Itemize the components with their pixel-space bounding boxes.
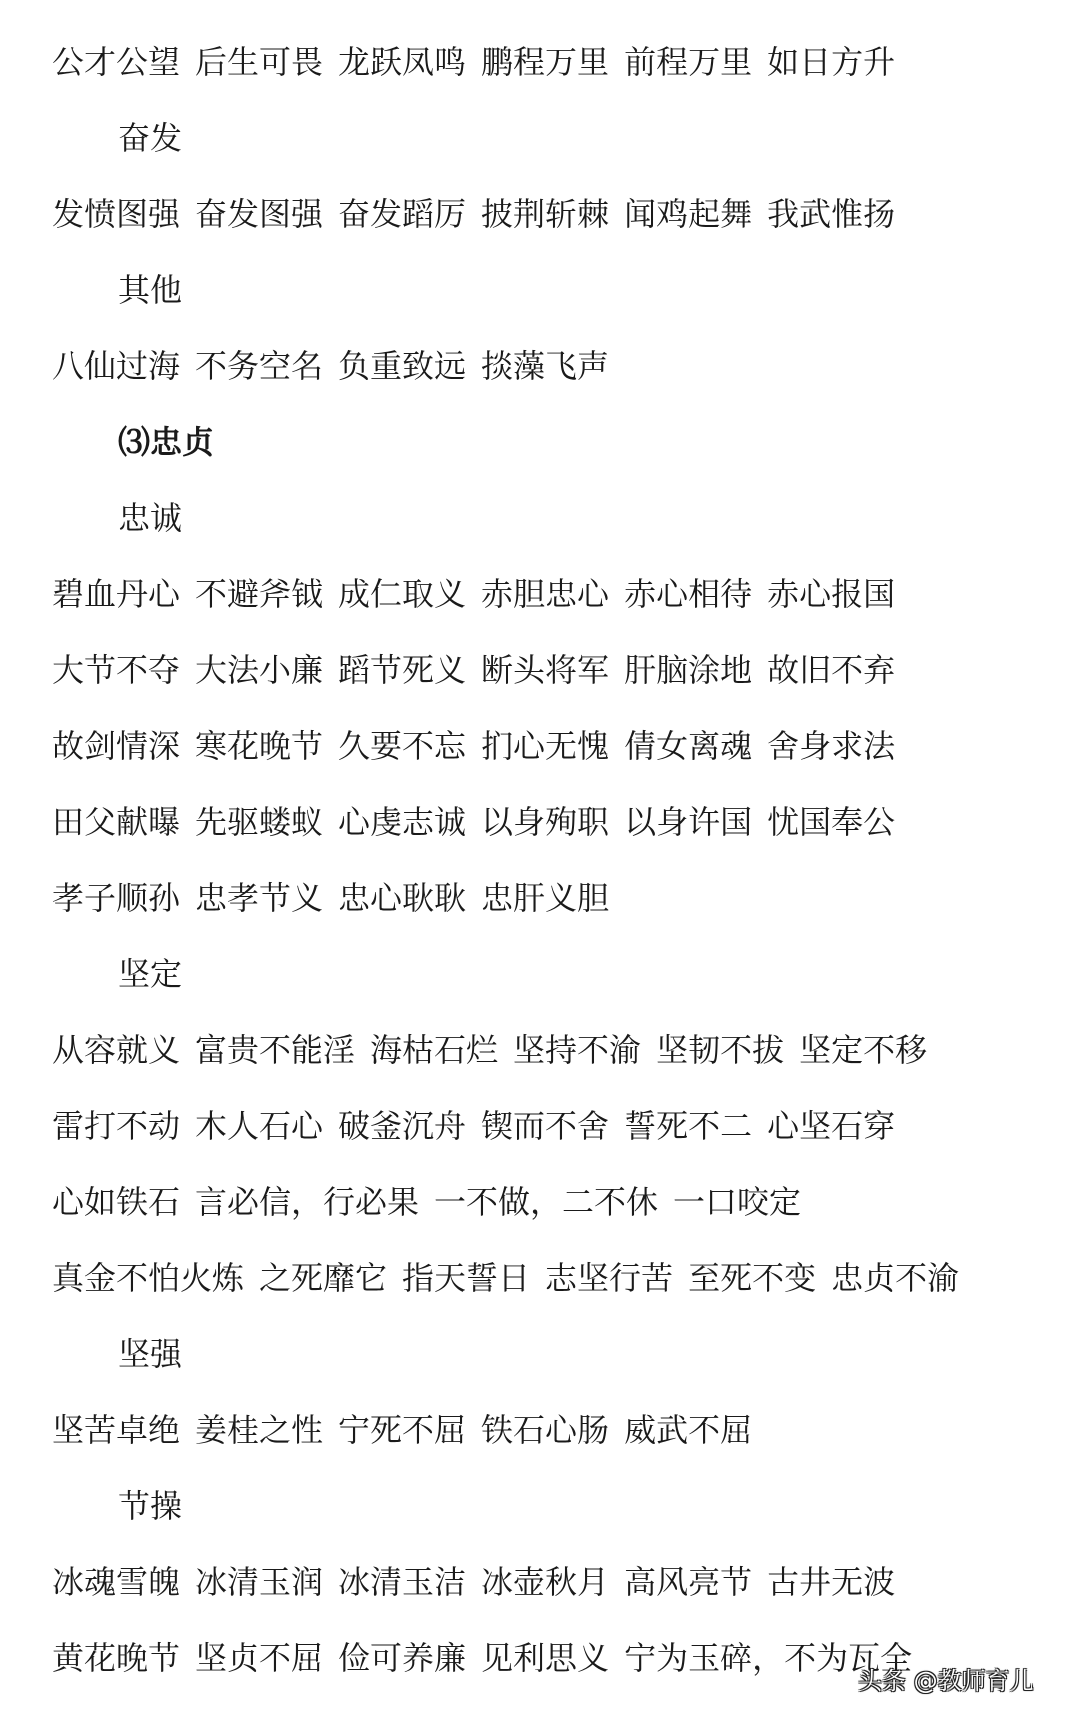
idiom: 久要不忘 bbox=[338, 724, 466, 768]
idiom: 寒花晚节 bbox=[195, 724, 323, 768]
phrase-line: 坚苦卓绝姜桂之性宁死不屈铁石心肠威武不屈 bbox=[52, 1408, 767, 1452]
idiom: 龙跃凤鸣 bbox=[338, 40, 466, 84]
idiom: 坚持不渝 bbox=[513, 1028, 641, 1072]
idiom: 高风亮节 bbox=[624, 1560, 752, 1604]
phrase-line: 田父献曝先驱蝼蚁心虔志诚以身殉职以身许国忧国奉公 bbox=[52, 800, 910, 844]
phrase-line: 心如铁石言必信，行必果一不做，二不休一口咬定 bbox=[52, 1180, 816, 1224]
subheading-qita: 其他 bbox=[118, 268, 182, 312]
idiom: 古井无波 bbox=[767, 1560, 895, 1604]
phrase-line: 碧血丹心不避斧钺成仁取义赤胆忠心赤心相待赤心报国 bbox=[52, 572, 910, 616]
idiom: 田父献曝 bbox=[52, 800, 180, 844]
idiom: 木人石心 bbox=[195, 1104, 323, 1148]
phrase-line: 冰魂雪魄冰清玉润冰清玉洁冰壶秋月高风亮节古井无波 bbox=[52, 1560, 910, 1604]
idiom: 鹏程万里 bbox=[481, 40, 609, 84]
idiom: 志坚行苦 bbox=[545, 1256, 673, 1300]
idiom: 忠心耿耿 bbox=[338, 876, 466, 920]
phrase-line: 真金不怕火炼之死靡它指天誓日志坚行苦至死不变忠贞不渝 bbox=[52, 1256, 974, 1300]
section-heading-zhongzhen: ⑶忠贞 bbox=[118, 420, 214, 464]
idiom: 富贵不能淫 bbox=[195, 1028, 355, 1072]
idiom: 雷打不动 bbox=[52, 1104, 180, 1148]
phrase-line: 公才公望后生可畏龙跃凤鸣鹏程万里前程万里如日方升 bbox=[52, 40, 910, 84]
idiom: 故剑情深 bbox=[52, 724, 180, 768]
idiom: 铁石心肠 bbox=[481, 1408, 609, 1452]
idiom: 赤心相待 bbox=[624, 572, 752, 616]
idiom: 俭可养廉 bbox=[338, 1636, 466, 1680]
idiom: 一口咬定 bbox=[673, 1180, 801, 1224]
idiom: 坚韧不拔 bbox=[656, 1028, 784, 1072]
phrase-line: 八仙过海不务空名负重致远掞藻飞声 bbox=[52, 344, 624, 388]
idiom: 我武惟扬 bbox=[767, 192, 895, 236]
idiom: 披荆斩棘 bbox=[481, 192, 609, 236]
idiom: 赤心报国 bbox=[767, 572, 895, 616]
subheading-jianding: 坚定 bbox=[118, 952, 182, 996]
idiom: 海枯石烂 bbox=[370, 1028, 498, 1072]
phrase-line: 孝子顺孙忠孝节义忠心耿耿忠肝义胆 bbox=[52, 876, 624, 920]
idiom: 威武不屈 bbox=[624, 1408, 752, 1452]
idiom: 先驱蝼蚁 bbox=[195, 800, 323, 844]
idiom: 冰魂雪魄 bbox=[52, 1560, 180, 1604]
idiom: 以身许国 bbox=[624, 800, 752, 844]
idiom: 以身殉职 bbox=[481, 800, 609, 844]
idiom: 掞藻飞声 bbox=[481, 344, 609, 388]
idiom: 孝子顺孙 bbox=[52, 876, 180, 920]
phrase-line: 故剑情深寒花晚节久要不忘扪心无愧倩女离魂舍身求法 bbox=[52, 724, 910, 768]
watermark: 头条 @教师育儿 bbox=[858, 1664, 1034, 1698]
idiom: 冰壶秋月 bbox=[481, 1560, 609, 1604]
idiom: 坚苦卓绝 bbox=[52, 1408, 180, 1452]
phrase-line: 发愤图强奋发图强奋发蹈厉披荆斩棘闻鸡起舞我武惟扬 bbox=[52, 192, 910, 236]
phrase-line: 从容就义富贵不能淫海枯石烂坚持不渝坚韧不拔坚定不移 bbox=[52, 1028, 942, 1072]
idiom: 奋发图强 bbox=[195, 192, 323, 236]
idiom: 至死不变 bbox=[688, 1256, 816, 1300]
subheading-zhongcheng: 忠诚 bbox=[118, 496, 182, 540]
idiom: 姜桂之性 bbox=[195, 1408, 323, 1452]
idiom: 之死靡它 bbox=[259, 1256, 387, 1300]
idiom: 忠贞不渝 bbox=[831, 1256, 959, 1300]
idiom: 舍身求法 bbox=[767, 724, 895, 768]
idiom: 真金不怕火炼 bbox=[52, 1256, 244, 1300]
idiom: 一不做，二不休 bbox=[434, 1180, 658, 1224]
idiom: 心虔志诚 bbox=[338, 800, 466, 844]
idiom: 后生可畏 bbox=[195, 40, 323, 84]
idiom: 大法小廉 bbox=[195, 648, 323, 692]
idiom: 誓死不二 bbox=[624, 1104, 752, 1148]
idiom: 破釜沉舟 bbox=[338, 1104, 466, 1148]
idiom: 成仁取义 bbox=[338, 572, 466, 616]
idiom: 见利思义 bbox=[481, 1636, 609, 1680]
idiom: 心坚石穿 bbox=[767, 1104, 895, 1148]
subheading-jianqiang: 坚强 bbox=[118, 1332, 182, 1376]
idiom: 故旧不弃 bbox=[767, 648, 895, 692]
idiom: 碧血丹心 bbox=[52, 572, 180, 616]
phrase-line: 黄花晚节坚贞不屈俭可养廉见利思义宁为玉碎，不为瓦全 bbox=[52, 1636, 927, 1680]
idiom: 负重致远 bbox=[338, 344, 466, 388]
phrase-line: 大节不夺大法小廉蹈节死义断头将军肝脑涂地故旧不弃 bbox=[52, 648, 910, 692]
idiom: 肝脑涂地 bbox=[624, 648, 752, 692]
idiom: 前程万里 bbox=[624, 40, 752, 84]
phrase-line: 雷打不动木人石心破釜沉舟锲而不舍誓死不二心坚石穿 bbox=[52, 1104, 910, 1148]
idiom: 宁死不屈 bbox=[338, 1408, 466, 1452]
idiom: 坚定不移 bbox=[799, 1028, 927, 1072]
idiom: 倩女离魂 bbox=[624, 724, 752, 768]
idiom: 闻鸡起舞 bbox=[624, 192, 752, 236]
idiom: 不务空名 bbox=[195, 344, 323, 388]
idiom: 冰清玉润 bbox=[195, 1560, 323, 1604]
idiom: 断头将军 bbox=[481, 648, 609, 692]
idiom: 从容就义 bbox=[52, 1028, 180, 1072]
idiom: 黄花晚节 bbox=[52, 1636, 180, 1680]
subheading-jiecao: 节操 bbox=[118, 1484, 182, 1528]
idiom: 言必信，行必果 bbox=[195, 1180, 419, 1224]
idiom: 冰清玉洁 bbox=[338, 1560, 466, 1604]
idiom: 坚贞不屈 bbox=[195, 1636, 323, 1680]
idiom: 蹈节死义 bbox=[338, 648, 466, 692]
idiom: 发愤图强 bbox=[52, 192, 180, 236]
idiom: 心如铁石 bbox=[52, 1180, 180, 1224]
idiom: 大节不夺 bbox=[52, 648, 180, 692]
idiom: 忧国奉公 bbox=[767, 800, 895, 844]
idiom: 忠肝义胆 bbox=[481, 876, 609, 920]
idiom: 不避斧钺 bbox=[195, 572, 323, 616]
idiom: 赤胆忠心 bbox=[481, 572, 609, 616]
idiom: 如日方升 bbox=[767, 40, 895, 84]
idiom: 指天誓日 bbox=[402, 1256, 530, 1300]
idiom: 忠孝节义 bbox=[195, 876, 323, 920]
subheading-fenfa: 奋发 bbox=[118, 116, 182, 160]
idiom: 奋发蹈厉 bbox=[338, 192, 466, 236]
idiom: 扪心无愧 bbox=[481, 724, 609, 768]
idiom: 锲而不舍 bbox=[481, 1104, 609, 1148]
idiom: 公才公望 bbox=[52, 40, 180, 84]
idiom: 八仙过海 bbox=[52, 344, 180, 388]
